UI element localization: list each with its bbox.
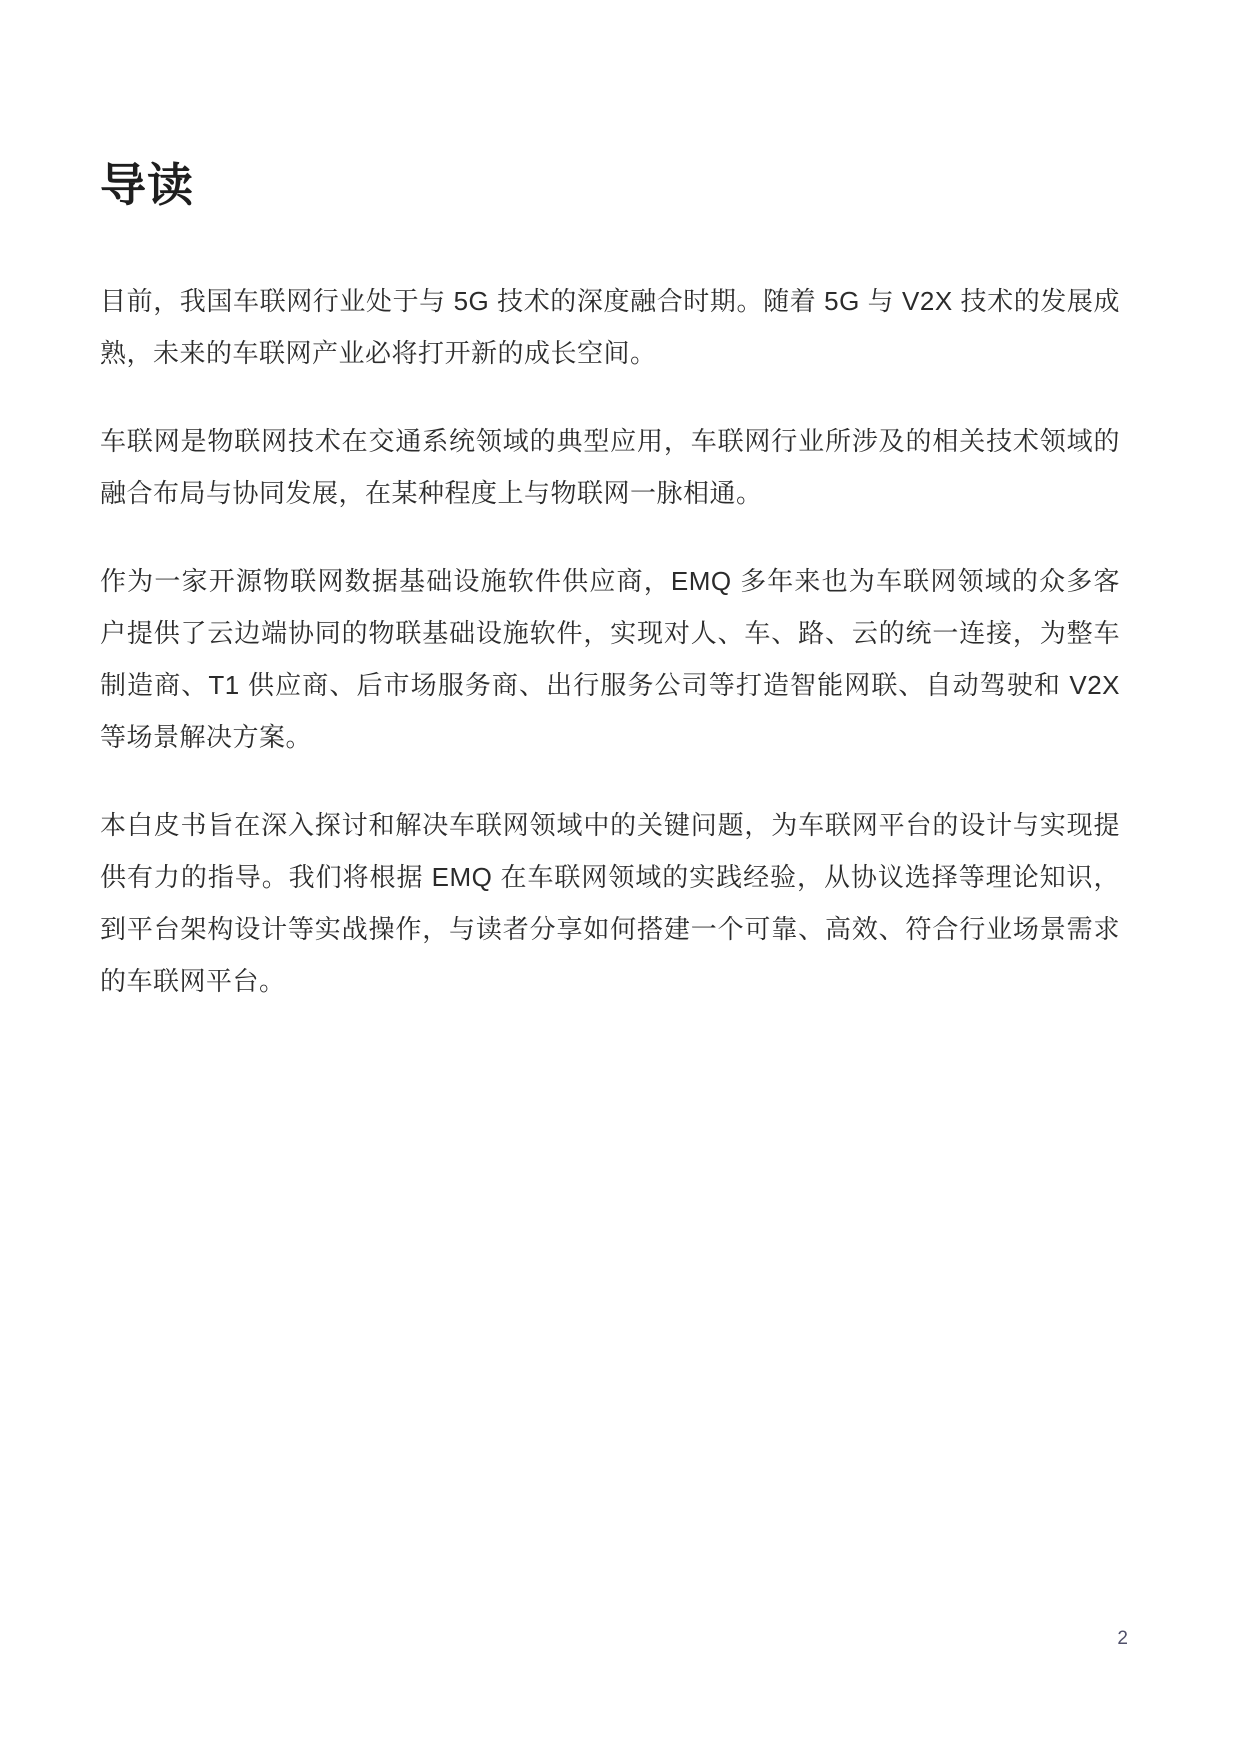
page-number: 2 — [1117, 1628, 1128, 1649]
paragraph: 作为一家开源物联网数据基础设施软件供应商，EMQ 多年来也为车联网领域的众多客户… — [100, 555, 1120, 763]
paragraph: 车联网是物联网技术在交通系统领域的典型应用，车联网行业所涉及的相关技术领域的融合… — [100, 415, 1120, 519]
page-footer: 2 — [1117, 1628, 1128, 1650]
page-title: 导读 — [100, 158, 1120, 213]
paragraph: 本白皮书旨在深入探讨和解决车联网领域中的关键问题，为车联网平台的设计与实现提供有… — [100, 799, 1120, 1007]
body-text: 目前，我国车联网行业处于与 5G 技术的深度融合时期。随着 5G 与 V2X 技… — [100, 275, 1120, 1007]
document-page: 导读 目前，我国车联网行业处于与 5G 技术的深度融合时期。随着 5G 与 V2… — [0, 0, 1240, 1754]
paragraph: 目前，我国车联网行业处于与 5G 技术的深度融合时期。随着 5G 与 V2X 技… — [100, 275, 1120, 379]
